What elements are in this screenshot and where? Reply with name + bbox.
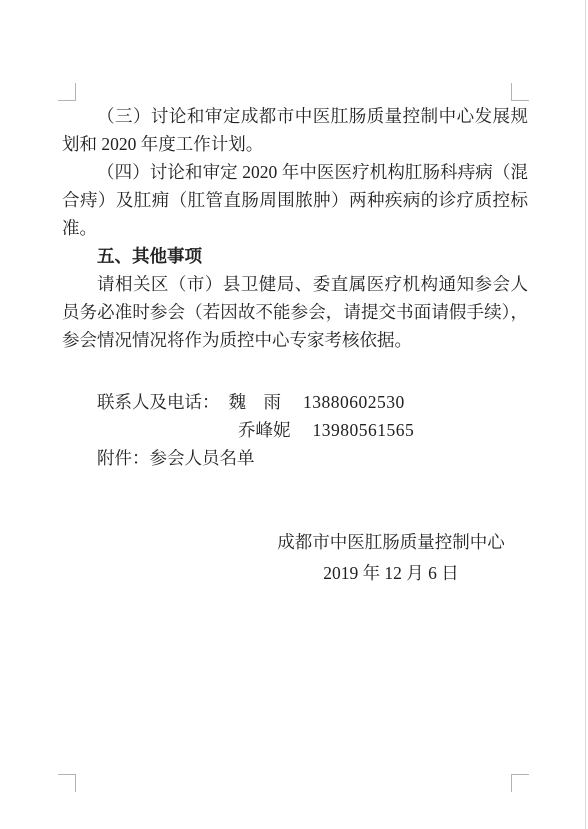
signature-block: 成都市中医肛肠质量控制中心 2019 年 12 月 6 日	[266, 528, 516, 587]
document-body: （三）讨论和审定成都市中医肛肠质量控制中心发展规划和 2020 年度工作计划。 …	[62, 102, 528, 587]
contact-phone-1: 13880602530	[303, 388, 405, 416]
signature-organization: 成都市中医肛肠质量控制中心	[266, 528, 516, 556]
signature-date: 2019 年 12 月 6 日	[266, 559, 516, 587]
document-page: （三）讨论和审定成都市中医肛肠质量控制中心发展规划和 2020 年度工作计划。 …	[0, 0, 588, 829]
section-heading-5: 五、其他事项	[62, 242, 528, 270]
text-boundary-mark-bottom-left	[58, 774, 76, 792]
contact-row-1: 联系人及电话： 魏 雨 13880602530	[62, 388, 528, 416]
paragraph-item-4: （四）讨论和审定 2020 年中医医疗机构肛肠科痔病（混合痔）及肛痈（肛管直肠周…	[62, 158, 528, 242]
attachment-row: 附件：参会人员名单	[62, 444, 528, 472]
page-edge-line	[585, 0, 586, 829]
paragraph-item-3: （三）讨论和审定成都市中医肛肠质量控制中心发展规划和 2020 年度工作计划。	[62, 102, 528, 158]
contact-block: 联系人及电话： 魏 雨 13880602530 乔峰妮 13980561565 …	[62, 388, 528, 472]
contact-phone-2: 13980561565	[313, 416, 415, 444]
text-boundary-mark-top-left	[58, 83, 76, 101]
attachment-label: 附件：	[97, 448, 150, 468]
paragraph-notice: 请相关区（市）县卫健局、委直属医疗机构通知参会人员务必准时参会（若因故不能参会，…	[62, 270, 528, 354]
text-boundary-mark-bottom-right	[511, 774, 529, 792]
attachment-text: 参会人员名单	[150, 448, 255, 468]
contact-name-2: 乔峰妮	[238, 416, 291, 444]
contact-name-1: 魏 雨	[229, 388, 282, 416]
contact-label: 联系人及电话：	[97, 388, 220, 416]
contact-row-2: 乔峰妮 13980561565	[62, 416, 528, 444]
text-boundary-mark-top-right	[511, 83, 529, 101]
